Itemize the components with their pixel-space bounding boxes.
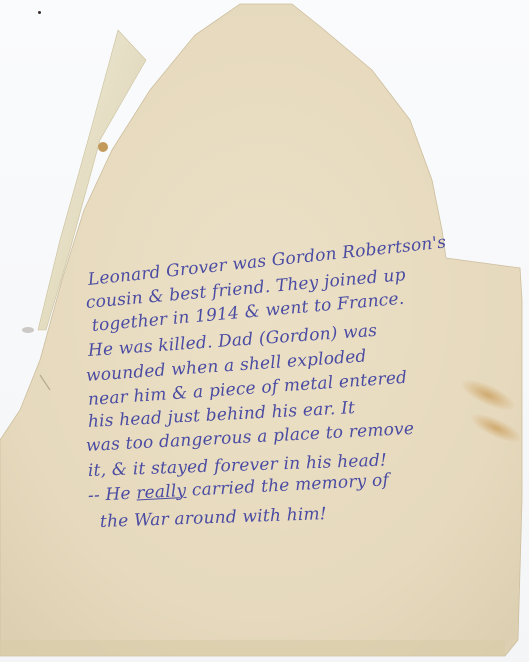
stain-spot <box>98 142 108 152</box>
dust-speck <box>38 11 41 14</box>
underlined-word: really <box>136 481 187 504</box>
scanned-document: Leonard Grover was Gordon Robertson's co… <box>0 0 529 662</box>
